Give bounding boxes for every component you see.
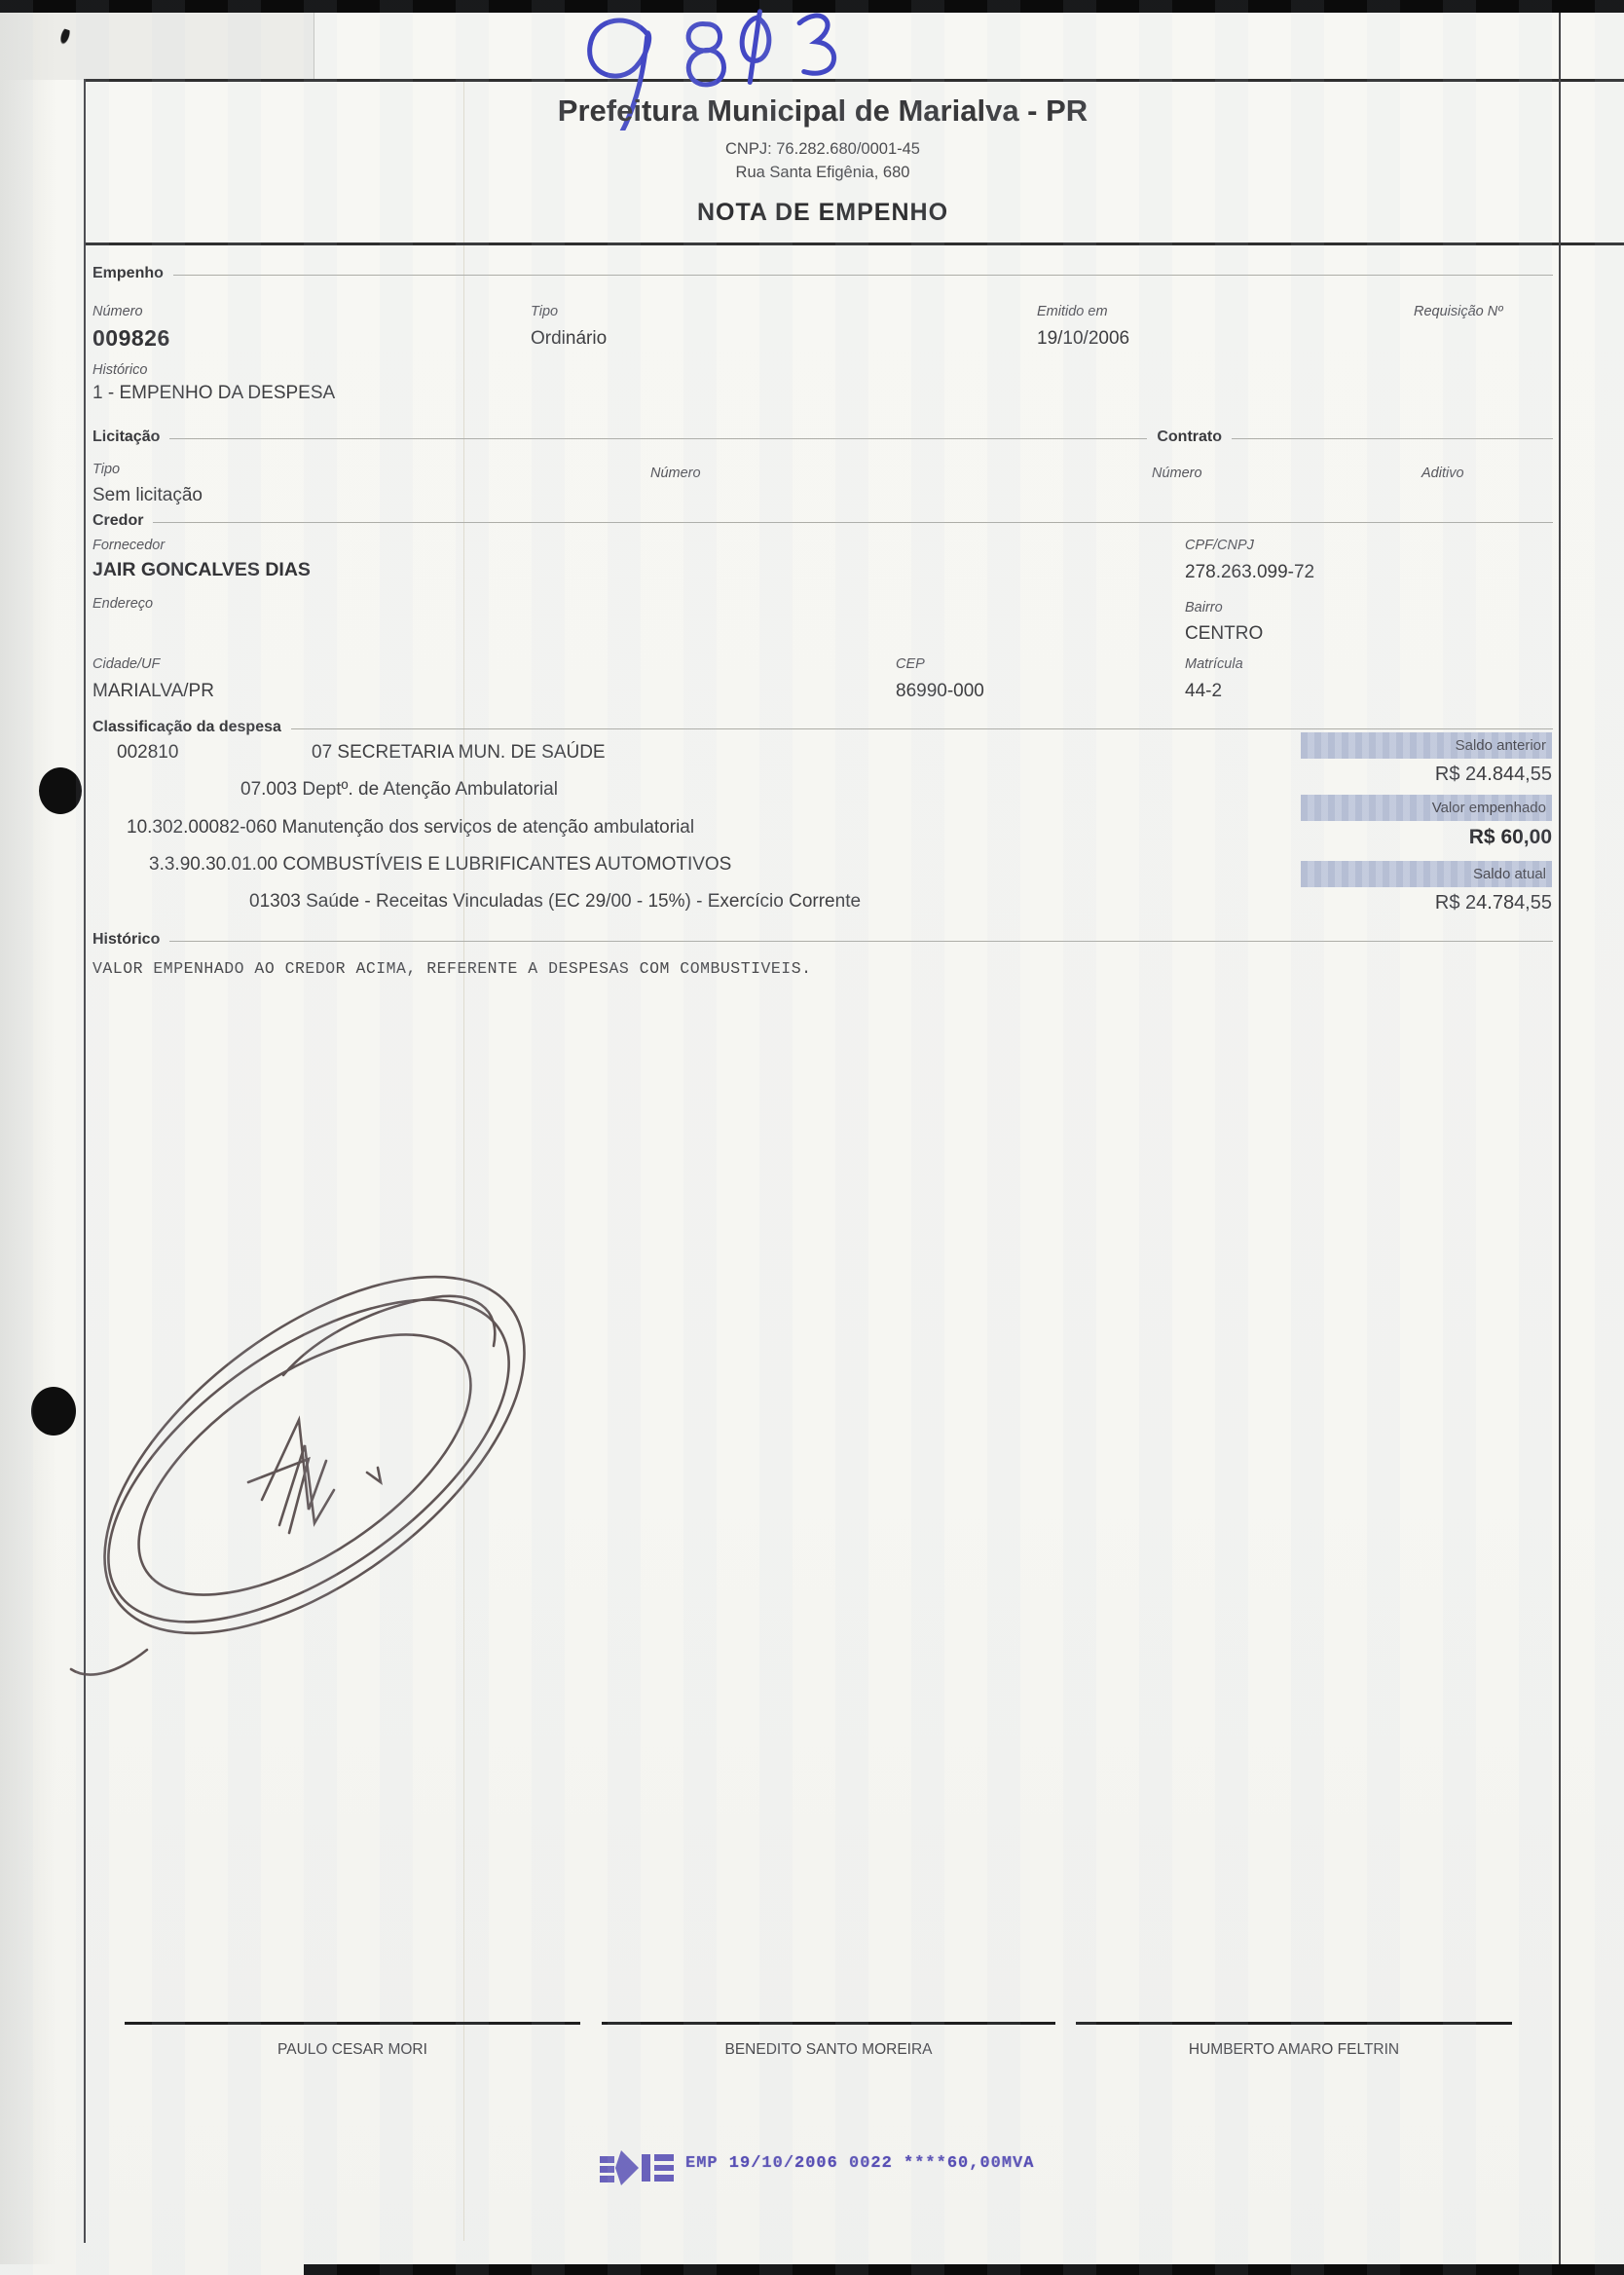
form-right-border bbox=[1559, 13, 1561, 2264]
classificacao-line-desc: Deptº. de Atenção Ambulatorial bbox=[302, 779, 558, 800]
scan-texture-overlay bbox=[0, 0, 1624, 2275]
punch-hole bbox=[39, 767, 82, 814]
saldo-anterior-label: Saldo anterior bbox=[1456, 737, 1546, 754]
classificacao-line-code: 3.3.90.30.01.00 bbox=[149, 854, 277, 875]
cep-value: 86990-000 bbox=[896, 681, 984, 702]
valor-empenhado-label: Valor empenhado bbox=[1432, 800, 1546, 816]
classificacao-line-code: 10.302.00082-060 bbox=[127, 817, 277, 838]
empenho-historico-label: Histórico bbox=[92, 362, 147, 378]
document-header: Prefeitura Municipal de Marialva - PR CN… bbox=[86, 93, 1560, 227]
valor-empenhado-value: R$ 60,00 bbox=[1301, 826, 1552, 849]
classificacao-line: 10.302.00082-060 Manutenção dos serviços… bbox=[127, 817, 694, 839]
empenho-section-header: Empenho bbox=[92, 265, 1553, 282]
historico-section-header: Histórico bbox=[92, 931, 1553, 949]
numero-label: Número bbox=[92, 304, 143, 319]
classificacao-line-code: 07.003 bbox=[240, 779, 297, 800]
classificacao-line-code: 01303 bbox=[249, 891, 301, 912]
classificacao-line: 07.003 Deptº. de Atenção Ambulatorial bbox=[240, 779, 558, 801]
fornecedor-value: JAIR GONCALVES DIAS bbox=[92, 559, 311, 581]
section-rule bbox=[173, 275, 1553, 276]
classificacao-line: 01303 Saúde - Receitas Vinculadas (EC 29… bbox=[249, 891, 861, 913]
classificacao-line: 3.3.90.30.01.00 COMBUSTÍVEIS E LUBRIFICA… bbox=[149, 854, 731, 876]
tipo-label: Tipo bbox=[531, 304, 558, 319]
empenho-historico-value: 1 - EMPENHO DA DESPESA bbox=[92, 383, 335, 404]
scan-seam-line bbox=[314, 13, 314, 80]
classificacao-line-desc: Manutenção dos serviços de atenção ambul… bbox=[282, 817, 695, 838]
stamp-logo bbox=[600, 2146, 676, 2194]
empenho-tipo-value: Ordinário bbox=[531, 328, 607, 350]
cidade-uf-label: Cidade/UF bbox=[92, 656, 160, 672]
classificacao-line-code: 002810 bbox=[117, 742, 178, 764]
scanned-document-page: Prefeitura Municipal de Marialva - PR CN… bbox=[0, 0, 1624, 2275]
saldo-atual-value: R$ 24.784,55 bbox=[1301, 892, 1552, 914]
signature-line bbox=[602, 2022, 1055, 2025]
signature-line bbox=[125, 2022, 580, 2025]
historico-section-label: Histórico bbox=[92, 931, 160, 949]
saldo-anterior-bar: Saldo anterior bbox=[1301, 732, 1552, 759]
credor-section-header: Credor bbox=[92, 512, 1553, 530]
contrato-numero-label: Número bbox=[1152, 466, 1202, 481]
classificacao-section-label: Classificação da despesa bbox=[92, 719, 281, 736]
cidade-uf-value: MARIALVA/PR bbox=[92, 681, 214, 702]
stamp-logo-glyph bbox=[600, 2146, 676, 2189]
licitacao-contrato-header: Licitação Contrato bbox=[92, 429, 1553, 446]
handwritten-signature-scribble bbox=[54, 1229, 579, 1697]
scan-shade-left-edge bbox=[0, 13, 56, 2264]
bairro-label: Bairro bbox=[1185, 600, 1223, 615]
emitido-em-value: 19/10/2006 bbox=[1037, 328, 1129, 350]
saldo-anterior-value: R$ 24.844,55 bbox=[1301, 764, 1552, 786]
section-rule bbox=[169, 941, 1553, 942]
cpf-cnpj-value: 278.263.099-72 bbox=[1185, 562, 1314, 583]
signature-name: BENEDITO SANTO MOREIRA bbox=[602, 2041, 1055, 2059]
classificacao-line-desc: COMBUSTÍVEIS E LUBRIFICANTES AUTOMOTIVOS bbox=[282, 854, 731, 875]
matricula-label: Matrícula bbox=[1185, 656, 1243, 672]
fornecedor-label: Fornecedor bbox=[92, 538, 165, 553]
section-rule bbox=[291, 728, 1553, 729]
cep-label: CEP bbox=[896, 656, 925, 672]
document-title: NOTA DE EMPENHO bbox=[86, 199, 1560, 227]
section-rule bbox=[169, 438, 1147, 439]
matricula-value: 44-2 bbox=[1185, 681, 1222, 702]
contrato-aditivo-label: Aditivo bbox=[1421, 466, 1464, 481]
signature-name: PAULO CESAR MORI bbox=[125, 2041, 580, 2059]
licitacao-section-label: Licitação bbox=[92, 429, 160, 446]
org-address: Rua Santa Efigênia, 680 bbox=[86, 164, 1560, 182]
cpf-cnpj-label: CPF/CNPJ bbox=[1185, 538, 1254, 553]
requisicao-label: Requisição Nº bbox=[1414, 304, 1503, 319]
signature-ink bbox=[54, 1229, 579, 1692]
saldo-atual-bar: Saldo atual bbox=[1301, 861, 1552, 887]
saldo-atual-label: Saldo atual bbox=[1473, 866, 1546, 882]
licitacao-tipo-value: Sem licitação bbox=[92, 485, 203, 506]
form-left-border bbox=[84, 79, 86, 2243]
endereco-label: Endereço bbox=[92, 596, 153, 612]
empenho-numero-value: 009826 bbox=[92, 325, 170, 352]
historico-text: VALOR EMPENHADO AO CREDOR ACIMA, REFEREN… bbox=[92, 959, 812, 978]
valor-empenhado-bar: Valor empenhado bbox=[1301, 795, 1552, 821]
classificacao-line-desc: 07 SECRETARIA MUN. DE SAÚDE bbox=[312, 742, 606, 764]
org-title: Prefeitura Municipal de Marialva - PR bbox=[86, 93, 1560, 129]
credor-section-label: Credor bbox=[92, 512, 143, 530]
paper-fold-line bbox=[463, 81, 464, 2241]
empenho-section-label: Empenho bbox=[92, 265, 164, 282]
bairro-value: CENTRO bbox=[1185, 623, 1263, 645]
emitido-em-label: Emitido em bbox=[1037, 304, 1108, 319]
signature-name: HUMBERTO AMARO FELTRIN bbox=[1076, 2041, 1512, 2059]
org-cnpj: CNPJ: 76.282.680/0001-45 bbox=[86, 140, 1560, 159]
section-rule bbox=[153, 522, 1553, 523]
scan-edge-bottom bbox=[304, 2264, 1624, 2275]
contrato-section-label: Contrato bbox=[1157, 429, 1222, 446]
stamp-text: EMP 19/10/2006 0022 ****60,00MVA bbox=[685, 2154, 1034, 2173]
header-bottom-border bbox=[84, 242, 1624, 245]
licitacao-numero-label: Número bbox=[650, 466, 701, 481]
signature-line bbox=[1076, 2022, 1512, 2025]
licitacao-tipo-label: Tipo bbox=[92, 462, 120, 477]
section-rule bbox=[1232, 438, 1553, 439]
classificacao-line-desc: Saúde - Receitas Vinculadas (EC 29/00 - … bbox=[306, 891, 861, 912]
